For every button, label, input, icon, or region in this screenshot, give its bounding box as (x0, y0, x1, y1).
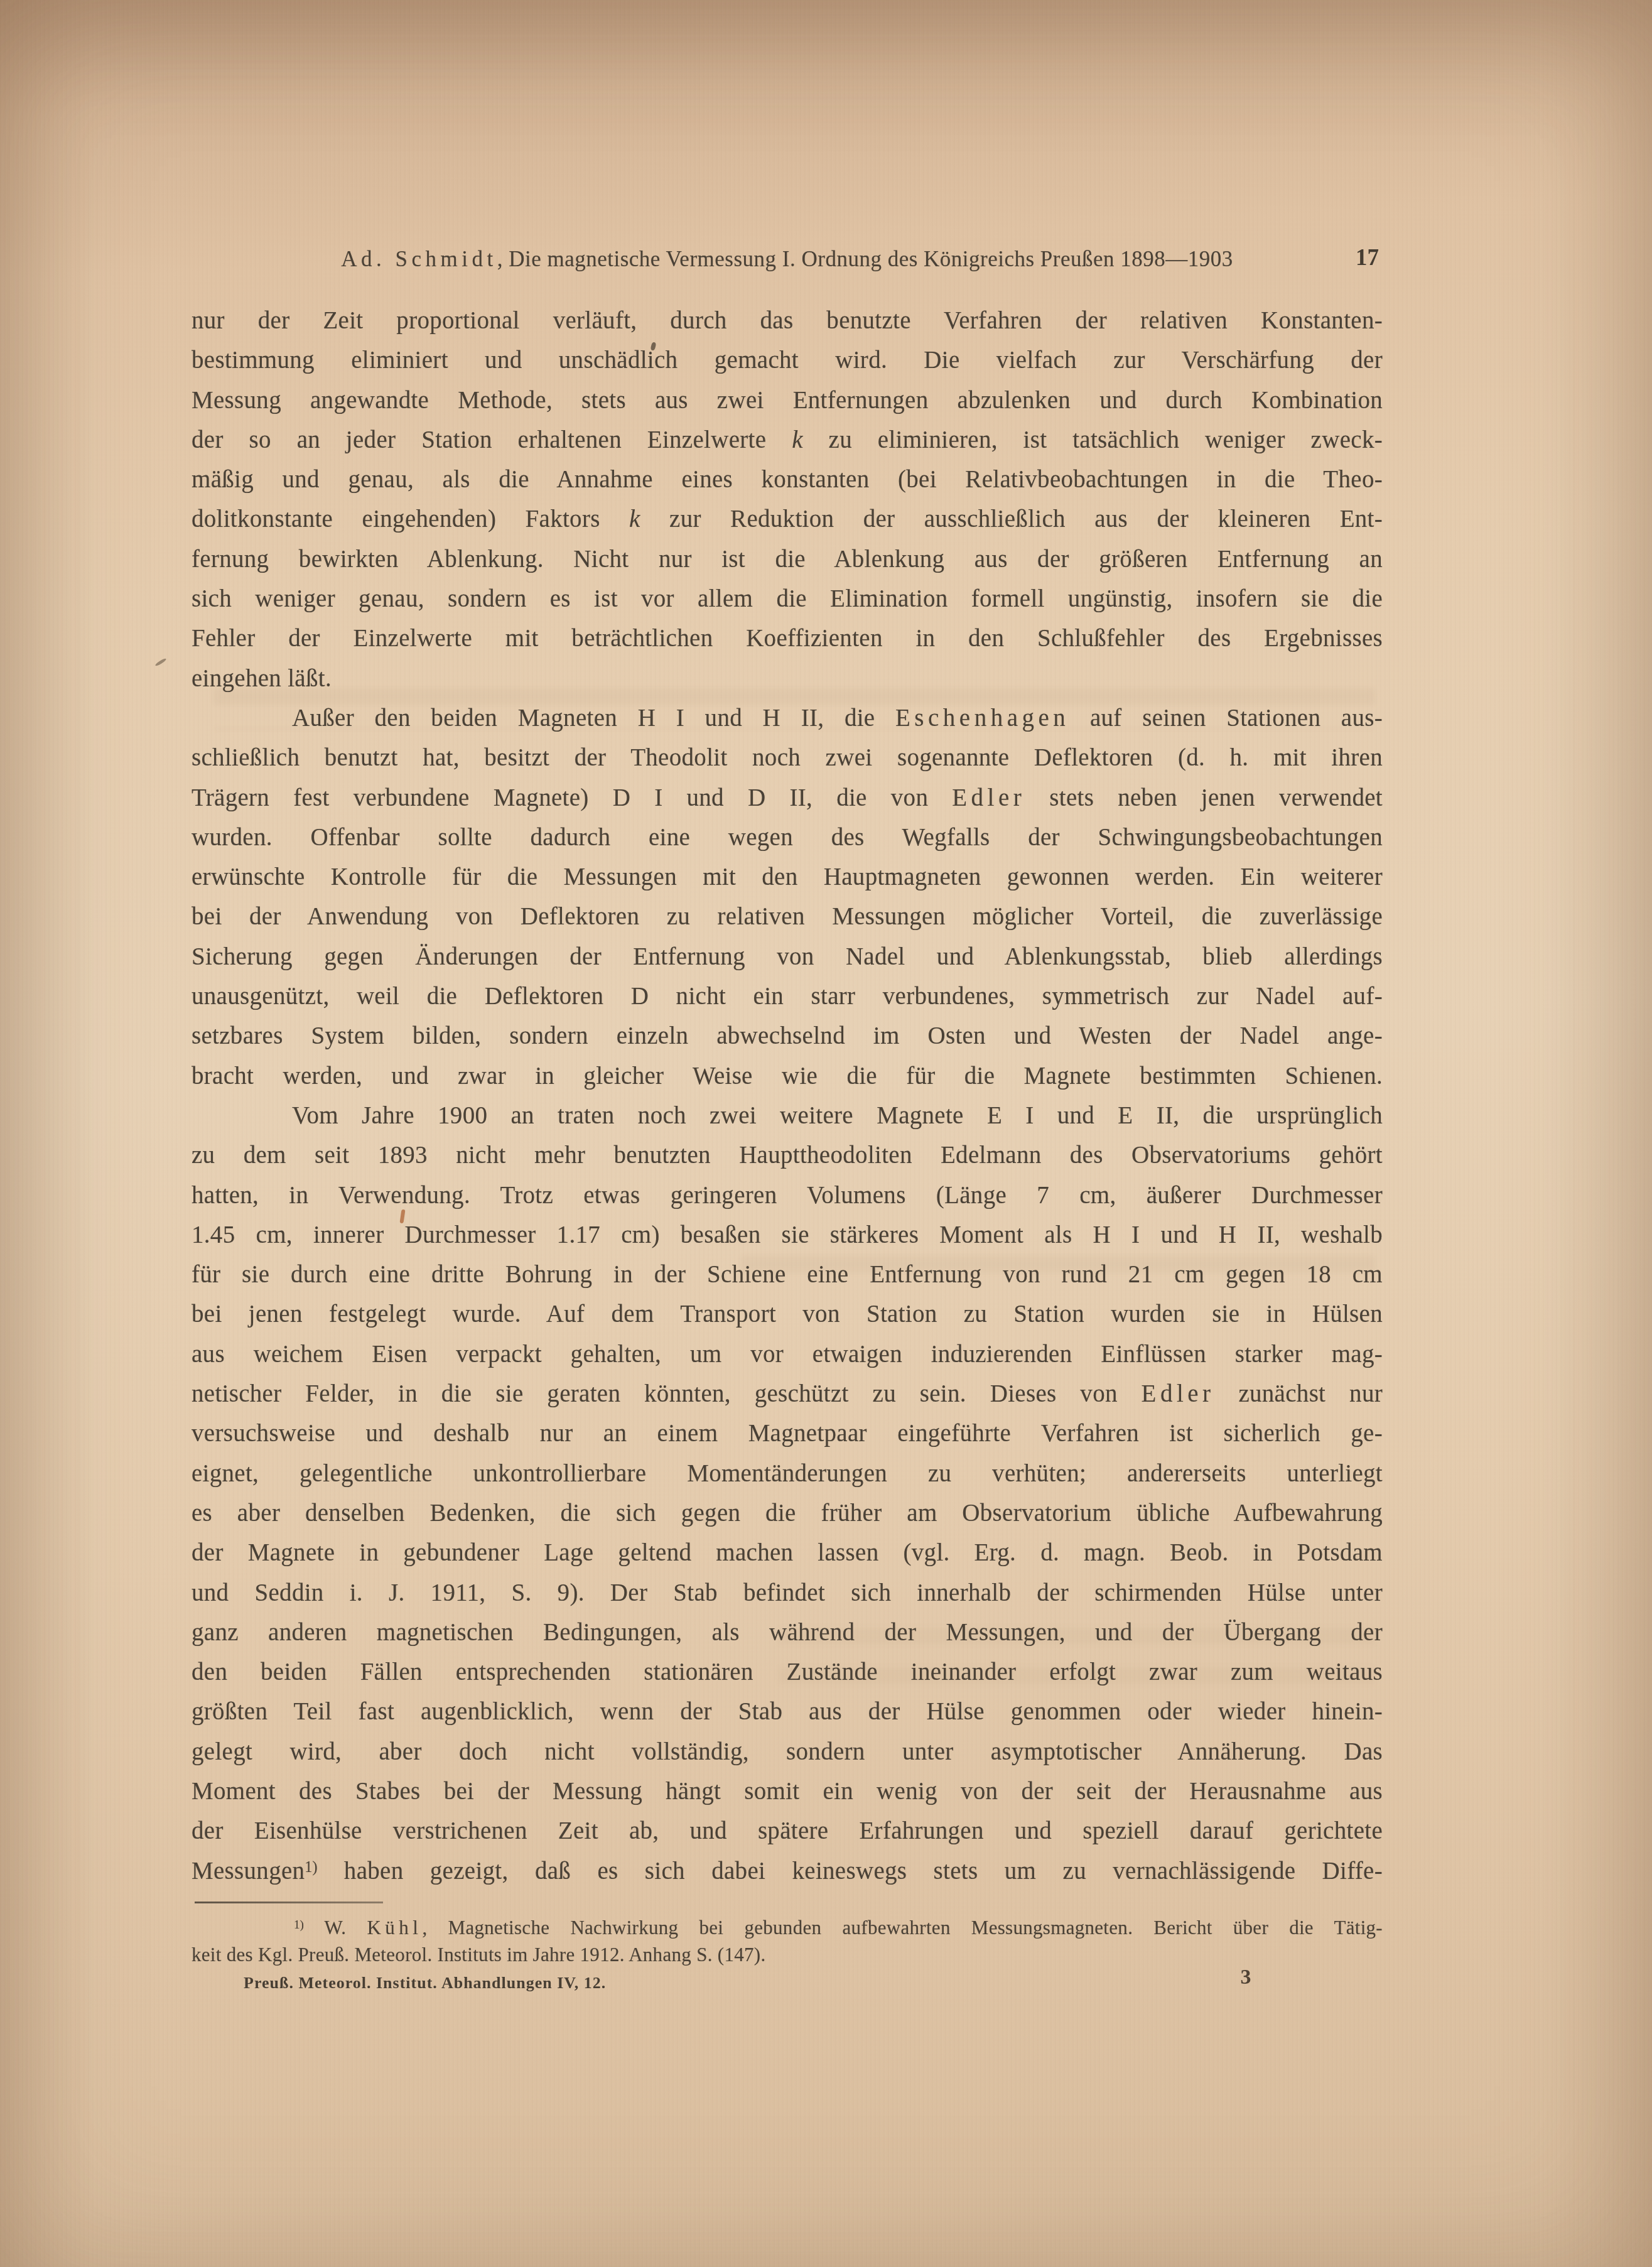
text-line: Außer den beiden Magneten H I und H II, … (192, 698, 1383, 738)
text-line: bracht werden, und zwar in gleicher Weis… (192, 1056, 1383, 1096)
scanned-page: Ad. Schmidt, Die magnetische Vermessung … (0, 0, 1652, 2267)
text-line: bestimmung eliminiert und unschädlich ge… (192, 340, 1383, 380)
text-segment: und Seddin i. J. 1911, S. 9). Der Stab b… (192, 1579, 1383, 1606)
text-line: Trägern fest verbundene Magnete) D I und… (192, 778, 1383, 818)
text-segment: aus weichem Eisen verpackt gehalten, um … (192, 1341, 1383, 1368)
text-segment: Vom Jahre 1900 an traten noch zwei weite… (292, 1102, 1383, 1129)
text-segment: , Die magnetische Vermessung I. Ordnung … (497, 247, 1233, 271)
text-segment: Trägern fest verbundene Magnete) D I und… (192, 784, 952, 811)
text-line: der so an jeder Station erhaltenen Einze… (192, 420, 1383, 460)
text-segment: zu dem seit 1893 nicht mehr benutzten Ha… (192, 1142, 1383, 1169)
text-line: der Magnete in gebundener Lage geltend m… (192, 1533, 1383, 1572)
text-segment: W. (304, 1917, 367, 1939)
text-segment: wurden. Offenbar sollte dadurch eine weg… (192, 824, 1383, 851)
text-segment: mäßig und genau, als die Annahme eines k… (192, 466, 1383, 493)
text-line: keit des Kgl. Preuß. Meteorol. Instituts… (192, 1943, 1383, 1967)
text-segment: haben gezeigt, daß es sich dabei keinesw… (318, 1858, 1383, 1885)
text-line: bei der Anwendung von Deflektoren zu rel… (192, 897, 1383, 936)
text-line: und Seddin i. J. 1911, S. 9). Der Stab b… (192, 1573, 1383, 1613)
text-line: Messung angewandte Methode, stets aus zw… (192, 381, 1383, 420)
text-line: der Eisenhülse verstrichenen Zeit ab, un… (192, 1811, 1383, 1851)
text-segment: für sie durch eine dritte Bohrung in der… (192, 1261, 1383, 1288)
text-segment: setzbares System bilden, sondern einzeln… (192, 1022, 1383, 1049)
text-line: erwünschte Kontrolle für die Messungen m… (192, 857, 1383, 897)
text-segment: Fehler der Einzelwerte mit beträchtliche… (192, 625, 1383, 652)
text-segment: unausgenützt, weil die Deflektoren D nic… (192, 983, 1383, 1010)
text-segment: der so an jeder Station erhaltenen Einze… (192, 426, 792, 453)
text-line: größten Teil fast augenblicklich, wenn d… (192, 1692, 1383, 1731)
text-segment: auf seinen Stationen aus- (1069, 705, 1383, 732)
text-line: setzbares System bilden, sondern einzeln… (192, 1016, 1383, 1056)
text-line: schließlich benutzt hat, besitzt der The… (192, 738, 1383, 777)
letterspaced-name: Edler (1142, 1380, 1215, 1407)
text-segment: eingehen läßt. (192, 665, 332, 692)
text-segment: versuchsweise und deshalb nur an einem M… (192, 1420, 1383, 1447)
text-segment: Messungen (192, 1858, 305, 1885)
text-line: bei jenen festgelegt wurde. Auf dem Tran… (192, 1294, 1383, 1334)
text-line: fernung bewirkten Ablenkung. Nicht nur i… (192, 539, 1383, 579)
text-segment: hatten, in Verwendung. Trotz etwas gerin… (192, 1182, 1383, 1209)
text-segment: der Eisenhülse verstrichenen Zeit ab, un… (192, 1817, 1383, 1844)
text-line: eingehen läßt. (192, 659, 1383, 698)
text-segment: den beiden Fällen entsprechenden station… (192, 1658, 1383, 1685)
text-line: versuchsweise und deshalb nur an einem M… (192, 1414, 1383, 1453)
text-line: den beiden Fällen entsprechenden station… (192, 1652, 1383, 1692)
text-line: ganz anderen magnetischen Bedingungen, a… (192, 1613, 1383, 1652)
footnote-rule (195, 1902, 383, 1903)
running-title: Ad. Schmidt, Die magnetische Vermessung … (192, 244, 1383, 275)
text-segment: zur Reduktion der ausschließlich aus der… (640, 506, 1383, 533)
text-line: wurden. Offenbar sollte dadurch eine weg… (192, 818, 1383, 857)
letterspaced-name: Edler (952, 784, 1025, 811)
text-line: Messungen1) haben gezeigt, daß es sich d… (192, 1851, 1383, 1894)
text-line: Fehler der Einzelwerte mit beträchtliche… (192, 619, 1383, 658)
text-line: für sie durch eine dritte Bohrung in der… (192, 1255, 1383, 1294)
letterspaced-name: Eschenhagen (895, 705, 1069, 732)
text-segment: gelegt wird, aber doch nicht vollständig… (192, 1738, 1383, 1765)
signature-mark: 3 (1228, 1966, 1263, 1989)
text-segment: sich weniger genau, sondern es ist vor a… (192, 585, 1383, 612)
text-segment: dolitkonstante eingehenden) Faktors (192, 506, 629, 533)
footnote: 1) W. Kühl, Magnetische Nachwirkung bei … (192, 1916, 1383, 1967)
text-line: gelegt wird, aber doch nicht vollständig… (192, 1732, 1383, 1772)
text-segment: bracht werden, und zwar in gleicher Weis… (192, 1063, 1383, 1090)
text-segment: eignet, gelegentliche unkontrollierbare … (192, 1460, 1383, 1487)
text-segment: bei jenen festgelegt wurde. Auf dem Tran… (192, 1301, 1383, 1328)
footnote-marker: 1) (305, 1859, 317, 1876)
text-segment: fernung bewirkten Ablenkung. Nicht nur i… (192, 546, 1383, 573)
text-segment: erwünschte Kontrolle für die Messungen m… (192, 863, 1383, 890)
text-line: Moment des Stabes bei der Messung hängt … (192, 1772, 1383, 1811)
running-header: Ad. Schmidt, Die magnetische Vermessung … (192, 244, 1383, 275)
text-line: sich weniger genau, sondern es ist vor a… (192, 579, 1383, 619)
text-line: dolitkonstante eingehenden) Faktors k zu… (192, 499, 1383, 539)
text-segment: bei der Anwendung von Deflektoren zu rel… (192, 903, 1383, 930)
text-segment: bestimmung eliminiert und unschädlich ge… (192, 347, 1383, 374)
text-segment: Sicherung gegen Änderungen der Entfernun… (192, 943, 1383, 970)
text-segment: ganz anderen magnetischen Bedingungen, a… (192, 1619, 1383, 1646)
text-segment: 1.45 cm, innerer Durchmesser 1.17 cm) be… (192, 1221, 1383, 1248)
text-line: 1.45 cm, innerer Durchmesser 1.17 cm) be… (192, 1215, 1383, 1255)
text-segment: zu eliminieren, ist tatsächlich weniger … (803, 426, 1383, 453)
text-line: mäßig und genau, als die Annahme eines k… (192, 460, 1383, 499)
text-segment: netischer Felder, in die sie geraten kön… (192, 1380, 1142, 1407)
text-segment: Messung angewandte Methode, stets aus zw… (192, 387, 1383, 414)
text-segment: es aber denselben Bedenken, die sich geg… (192, 1500, 1383, 1527)
imprint: Preuß. Meteorol. Institut. Abhandlungen … (244, 1974, 606, 1993)
text-segment: Moment des Stabes bei der Messung hängt … (192, 1778, 1383, 1805)
footnote-marker: 1) (294, 1918, 304, 1932)
text-segment: k (792, 426, 803, 453)
text-line: 1) W. Kühl, Magnetische Nachwirkung bei … (192, 1916, 1383, 1943)
text-segment: zunächst nur (1215, 1380, 1383, 1407)
text-segment: k (629, 506, 640, 533)
text-segment: nur der Zeit proportional verläuft, durc… (192, 307, 1383, 334)
text-line: unausgenützt, weil die Deflektoren D nic… (192, 977, 1383, 1016)
page-number: 17 (1356, 242, 1379, 274)
body-text: nur der Zeit proportional verläuft, durc… (192, 301, 1383, 1894)
text-segment: der Magnete in gebundener Lage geltend m… (192, 1539, 1383, 1566)
text-segment: größten Teil fast augenblicklich, wenn d… (192, 1698, 1383, 1725)
text-line: Sicherung gegen Änderungen der Entfernun… (192, 937, 1383, 977)
letterspaced-name: Kühl (367, 1917, 422, 1939)
text-line: zu dem seit 1893 nicht mehr benutzten Ha… (192, 1135, 1383, 1175)
text-segment: , Magnetische Nachwirkung bei gebunden a… (422, 1917, 1383, 1939)
text-segment: Außer den beiden Magneten H I und H II, … (292, 705, 895, 732)
text-segment: stets neben jenen verwendet (1025, 784, 1383, 811)
letterspaced-name: Ad. Schmidt (341, 247, 497, 271)
text-line: es aber denselben Bedenken, die sich geg… (192, 1493, 1383, 1533)
text-line: nur der Zeit proportional verläuft, durc… (192, 301, 1383, 340)
text-line: hatten, in Verwendung. Trotz etwas gerin… (192, 1176, 1383, 1215)
text-line: eignet, gelegentliche unkontrollierbare … (192, 1454, 1383, 1493)
text-segment: schließlich benutzt hat, besitzt der The… (192, 744, 1383, 771)
text-line: aus weichem Eisen verpackt gehalten, um … (192, 1334, 1383, 1374)
text-line: netischer Felder, in die sie geraten kön… (192, 1374, 1383, 1414)
text-segment: keit des Kgl. Preuß. Meteorol. Instituts… (192, 1944, 765, 1966)
text-line: Vom Jahre 1900 an traten noch zwei weite… (192, 1096, 1383, 1135)
